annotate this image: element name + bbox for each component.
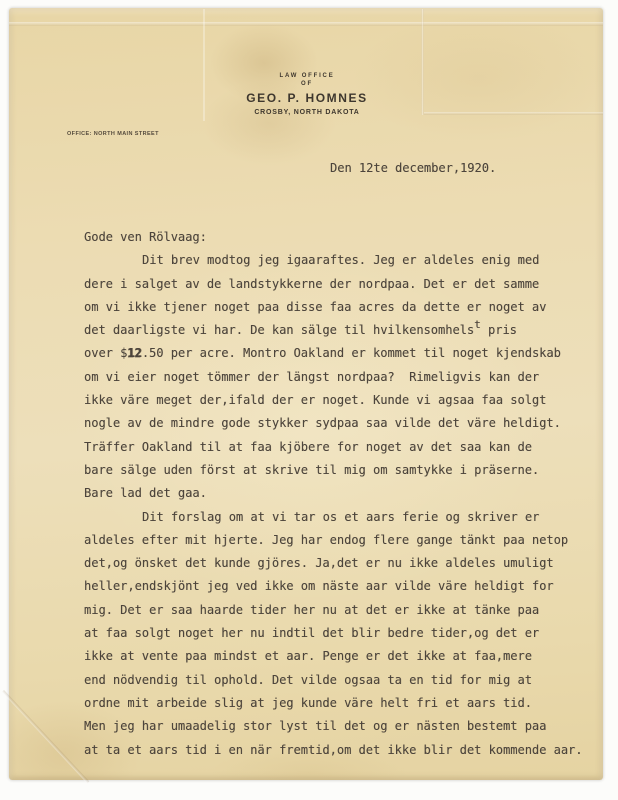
letterhead-law-office: LAW OFFICE (207, 72, 407, 80)
date-line: Den 12te december,1920. (330, 161, 496, 175)
letterhead: LAW OFFICE OF GEO. P. HOMNES CROSBY, NOR… (207, 72, 407, 117)
body-line: aldeles efter mit hjerte. Jeg har endog … (84, 529, 608, 552)
letter-body: Gode ven Rölvaag: Dit brev modtog jeg ig… (84, 226, 608, 762)
body-line-text: .50 per acre. Montro Oakland er kommet t… (142, 346, 561, 360)
body-line: at faa solgt noget her nu indtil det bli… (84, 622, 608, 645)
scan-background: LAW OFFICE OF GEO. P. HOMNES CROSBY, NOR… (0, 0, 618, 800)
office-address: OFFICE: NORTH MAIN STREET (67, 131, 159, 137)
body-line-text: over $ (84, 346, 127, 360)
body-line: Bare lad det gaa. (84, 482, 608, 505)
fold-crease-vertical-right (421, 9, 424, 115)
body-line: nogle av de mindre gode stykker sydpaa s… (84, 412, 608, 435)
overtyped-price-digits: 12 (127, 346, 141, 360)
body-line: det,og önsket det kunde gjöres. Ja,det e… (84, 552, 608, 575)
body-line-text: pris (481, 323, 517, 337)
salutation: Gode ven Rölvaag: (84, 226, 608, 249)
letterhead-of: OF (207, 80, 407, 88)
body-line: mig. Det er saa haarde tider her nu at d… (84, 599, 608, 622)
letterhead-city: CROSBY, NORTH DAKOTA (207, 108, 407, 117)
body-line: over $12.50 per acre. Montro Oakland er … (84, 342, 608, 365)
body-line: ikke väre meget der,ifald der er noget. … (84, 389, 608, 412)
body-line: dere i salget av de landstykkerne der no… (84, 273, 608, 296)
body-line: ikke at vente paa mindst et aar. Penge e… (84, 645, 608, 668)
body-line-text: det daarligste vi har. De kan sälge til … (84, 323, 474, 337)
body-line: om vi ikke tjener noget paa disse faa ac… (84, 296, 608, 319)
typed-correction-superscript: t (474, 318, 481, 331)
body-line: heller,endskjönt jeg ved ikke om näste a… (84, 575, 608, 598)
body-line: at ta et aars tid i en när fremtid,om de… (84, 739, 608, 762)
body-line: om vi eier noget tömmer der längst nordp… (84, 366, 608, 389)
body-line: end nödvendig til ophold. Det vilde ogsa… (84, 669, 608, 692)
body-line: Träffer Oakland til at faa kjöbere for n… (84, 436, 608, 459)
body-line: ordne mit arbeide slig at jeg kunde väre… (84, 692, 608, 715)
fold-crease-top (9, 22, 603, 26)
fold-crease-right-horizontal (424, 112, 603, 115)
body-line: bare sälge uden först at skrive til mig … (84, 459, 608, 482)
body-line: det daarligste vi har. De kan sälge til … (84, 319, 608, 342)
fold-crease-vertical-left (203, 9, 205, 121)
body-line: Dit brev modtog jeg igaaraftes. Jeg er a… (84, 249, 608, 272)
body-line: Men jeg har umaadelig stor lyst til det … (84, 715, 608, 738)
body-line: Dit forslag om at vi tar os et aars feri… (84, 506, 608, 529)
letterhead-name: GEO. P. HOMNES (207, 91, 407, 105)
